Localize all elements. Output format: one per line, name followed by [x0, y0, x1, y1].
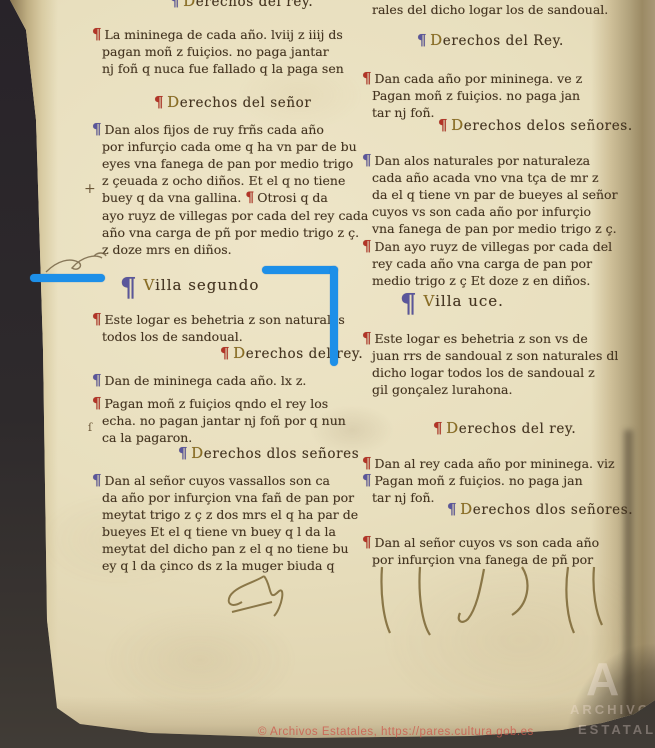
text-line: da año por infurçion vna fañ de pan por	[102, 490, 354, 505]
text-line: Dan al señor cuyos vs son cada año	[375, 535, 600, 550]
heading-text: Derechos del rey.	[233, 345, 363, 363]
text-line: nj foñ q nuca fue fallado q la paga sen	[102, 61, 344, 76]
pilcrow-icon: ¶	[438, 116, 448, 134]
paragraph: ¶La mininega de cada año. lviij z iiij d…	[92, 26, 350, 77]
pilcrow-icon: ¶	[362, 69, 372, 87]
text-line: buey q da vna gallina.	[102, 190, 241, 205]
margin-plus-mark: +	[84, 181, 96, 197]
text-line: Dan cada año por mininega. ve z	[375, 71, 583, 86]
pilcrow-icon: ¶	[362, 237, 372, 255]
heading-text: Derechos del señor	[167, 94, 311, 112]
pilcrow-icon: ¶	[362, 329, 372, 347]
watermark-text-row2: ESTATALES	[578, 722, 655, 737]
text-line: cuyos vs son cada año por infurçio	[372, 204, 591, 219]
pilcrow-icon: ¶	[92, 120, 102, 138]
text-line: ey q l da çinco ds z la muger biuda q	[102, 558, 334, 573]
pilcrow-icon: ¶	[92, 471, 102, 489]
text-line: meytat del dicho pan z el q no tiene bu	[102, 541, 349, 556]
text-line: echa. no pagan jantar nj foñ por q nun	[102, 413, 346, 428]
paragraph: ¶Este logar es behetria z son vs de juan…	[362, 330, 608, 398]
text-line: eyes vna fanega de pan por medio trigo	[102, 156, 353, 171]
paragraph: ¶Dan al señor cuyos vassallos son ca da …	[92, 472, 350, 574]
text-line: Dan al rey cada año por mininega. viz	[375, 456, 615, 471]
watermark-text-row1: ARCHIVOS	[570, 702, 655, 717]
section-heading: ¶Derechos del rey.	[433, 420, 608, 438]
pilcrow-icon: ¶	[92, 394, 102, 412]
watermark-letter: A	[586, 652, 619, 706]
pilcrow-icon: ¶	[362, 454, 372, 472]
manuscript-photo: ¶Derechos del rey. ¶La mininega de cada …	[0, 0, 655, 748]
pilcrow-icon: ¶	[178, 444, 188, 462]
text-line: ayo ruyz de villegas por cada del rey ca…	[102, 208, 368, 223]
paragraph: ¶Este logar es behetria z son naturales …	[92, 311, 350, 345]
section-heading: ¶Derechos del Rey.	[417, 32, 608, 50]
heading-text: Villa segundo	[144, 277, 260, 294]
text-line: ca la pagaron.	[102, 430, 192, 445]
text-line: juan rrs de sandoual z son naturales dl	[372, 348, 618, 363]
text-line: z çeuada z ocho diños. Et el q no tiene	[102, 173, 345, 188]
text-line: Pagan moñ z fuiçios qndo el rey los	[105, 396, 329, 411]
text-line: Dan de mininega cada año. lx z.	[105, 373, 307, 388]
text-line: por infurçio cada ome q ha vn par de bu	[102, 139, 357, 154]
heading-text: Derechos del Rey.	[430, 32, 564, 50]
text-line: Pagan moñ z fuiçios. no paga jan	[372, 88, 580, 103]
paragraph: ¶Dan alos fijos de ruy frñs cada año por…	[92, 121, 350, 258]
text-line: Pagan moñ z fuiçios. no paga jan	[375, 473, 583, 488]
pilcrow-icon: ¶	[400, 289, 418, 319]
text-line: bueyes Et el q tiene vn buey q l da la	[102, 524, 336, 539]
text-line: Dan alos fijos de ruy frñs cada año	[105, 122, 324, 137]
pilcrow-icon: ¶	[220, 344, 230, 362]
paragraph: ¶Dan de mininega cada año. lx z.	[92, 372, 350, 389]
pilcrow-icon: ¶	[417, 31, 427, 49]
section-heading: ¶Derechos del señor	[154, 94, 350, 112]
manuscript-page: ¶Derechos del rey. ¶La mininega de cada …	[0, 0, 655, 748]
annotation-bracket-top	[262, 266, 338, 274]
text-line: La mininega de cada año. lviij z iiij ds	[105, 27, 343, 42]
paragraph: ¶Pagan moñ z fuiçios qndo el rey los ech…	[92, 395, 350, 446]
paragraph: ¶Dan alos naturales por naturaleza cada …	[362, 152, 608, 237]
heading-text: Derechos del rey.	[183, 0, 313, 11]
text-line: dicho logar todos los de sandoual z	[372, 365, 595, 380]
text-line: da el q tiene vn par de bueyes al señor	[372, 187, 618, 202]
pilcrow-icon: ¶	[92, 25, 102, 43]
paragraph: ¶Dan ayo ruyz de villegas por cada del r…	[362, 238, 608, 289]
section-heading: ¶Derechos dlos señores.	[447, 501, 608, 519]
annotation-bracket-right	[330, 266, 338, 366]
paragraph: ¶Dan cada año por mininega. ve z Pagan m…	[362, 70, 608, 121]
section-heading: ¶Derechos delos señores.	[438, 117, 608, 135]
pilcrow-icon: ¶	[447, 500, 457, 518]
pilcrow-icon: ¶	[120, 273, 138, 303]
pilcrow-icon: ¶	[362, 471, 372, 489]
pilcrow-icon: ¶	[92, 310, 102, 328]
text-line: z doze mrs en diños.	[102, 242, 232, 257]
text-line: medio trigo z ç Et doze z en diños.	[372, 273, 590, 288]
paragraph: rales del dicho logar los de sandoual.	[362, 1, 608, 18]
text-line: Este logar es behetria z son vs de	[375, 331, 588, 346]
heading-text: Derechos dlos señores.	[460, 501, 633, 519]
pilcrow-icon: ¶	[154, 93, 164, 111]
annotation-underline	[30, 274, 105, 282]
pilcrow-icon: ¶	[362, 151, 372, 169]
section-heading: ¶Derechos dlos señores	[178, 445, 350, 463]
text-line: tar nj foñ.	[372, 105, 435, 120]
right-column-descenders	[372, 565, 612, 640]
pilcrow-icon: ¶	[245, 190, 254, 206]
heading-text: Derechos dlos señores	[191, 445, 359, 463]
pilcrow-icon: ¶	[362, 533, 372, 551]
text-line: pagan moñ z fuiçios. no paga jantar	[102, 44, 329, 59]
heading-text: Derechos del rey.	[446, 420, 576, 438]
text-line: Dan alos naturales por naturaleza	[375, 153, 591, 168]
villa-heading: ¶Villa segundo	[120, 277, 350, 297]
margin-tick-mark: ſ	[88, 421, 92, 434]
pilcrow-icon: ¶	[92, 371, 102, 389]
text-line: Este logar es behetria z son naturales	[105, 312, 345, 327]
text-line: rales del dicho logar los de sandoual.	[372, 2, 608, 17]
text-line: meytat trigo z ç z dos mrs el q ha par d…	[102, 507, 358, 522]
text-line: tar nj foñ.	[372, 490, 435, 505]
text-line: rey cada año vna carga de pan por	[372, 256, 592, 271]
heading-text: Derechos delos señores.	[451, 117, 633, 135]
copyright-watermark: © Archivos Estatales, https://pares.cult…	[258, 726, 534, 738]
paragraph: ¶Dan al señor cuyos vs son cada año por …	[362, 534, 608, 568]
text-line: todos los de sandoual.	[102, 329, 243, 344]
heading-text: Villa uce.	[424, 293, 504, 310]
pilcrow-icon: ¶	[170, 0, 180, 10]
villa-heading: ¶Villa uce.	[400, 293, 608, 313]
text-line: año vna carga de pñ por medio trigo z ç.	[102, 225, 359, 240]
paragraph: ¶Dan al rey cada año por mininega. viz ¶…	[362, 455, 608, 506]
text-line: vna fanega de pan por medio trigo z ç.	[372, 221, 617, 236]
text-line: Otrosi q da	[257, 190, 328, 205]
left-column-flourish	[212, 572, 312, 634]
text-line: gil gonçalez lurahona.	[372, 382, 513, 397]
pilcrow-icon: ¶	[433, 419, 443, 437]
text-line: cada año acada vno vna tça de mr z	[372, 170, 599, 185]
text-line: Dan ayo ruyz de villegas por cada del	[375, 239, 613, 254]
section-heading: ¶Derechos del rey.	[170, 0, 350, 11]
text-line: Dan al señor cuyos vassallos son ca	[105, 473, 330, 488]
